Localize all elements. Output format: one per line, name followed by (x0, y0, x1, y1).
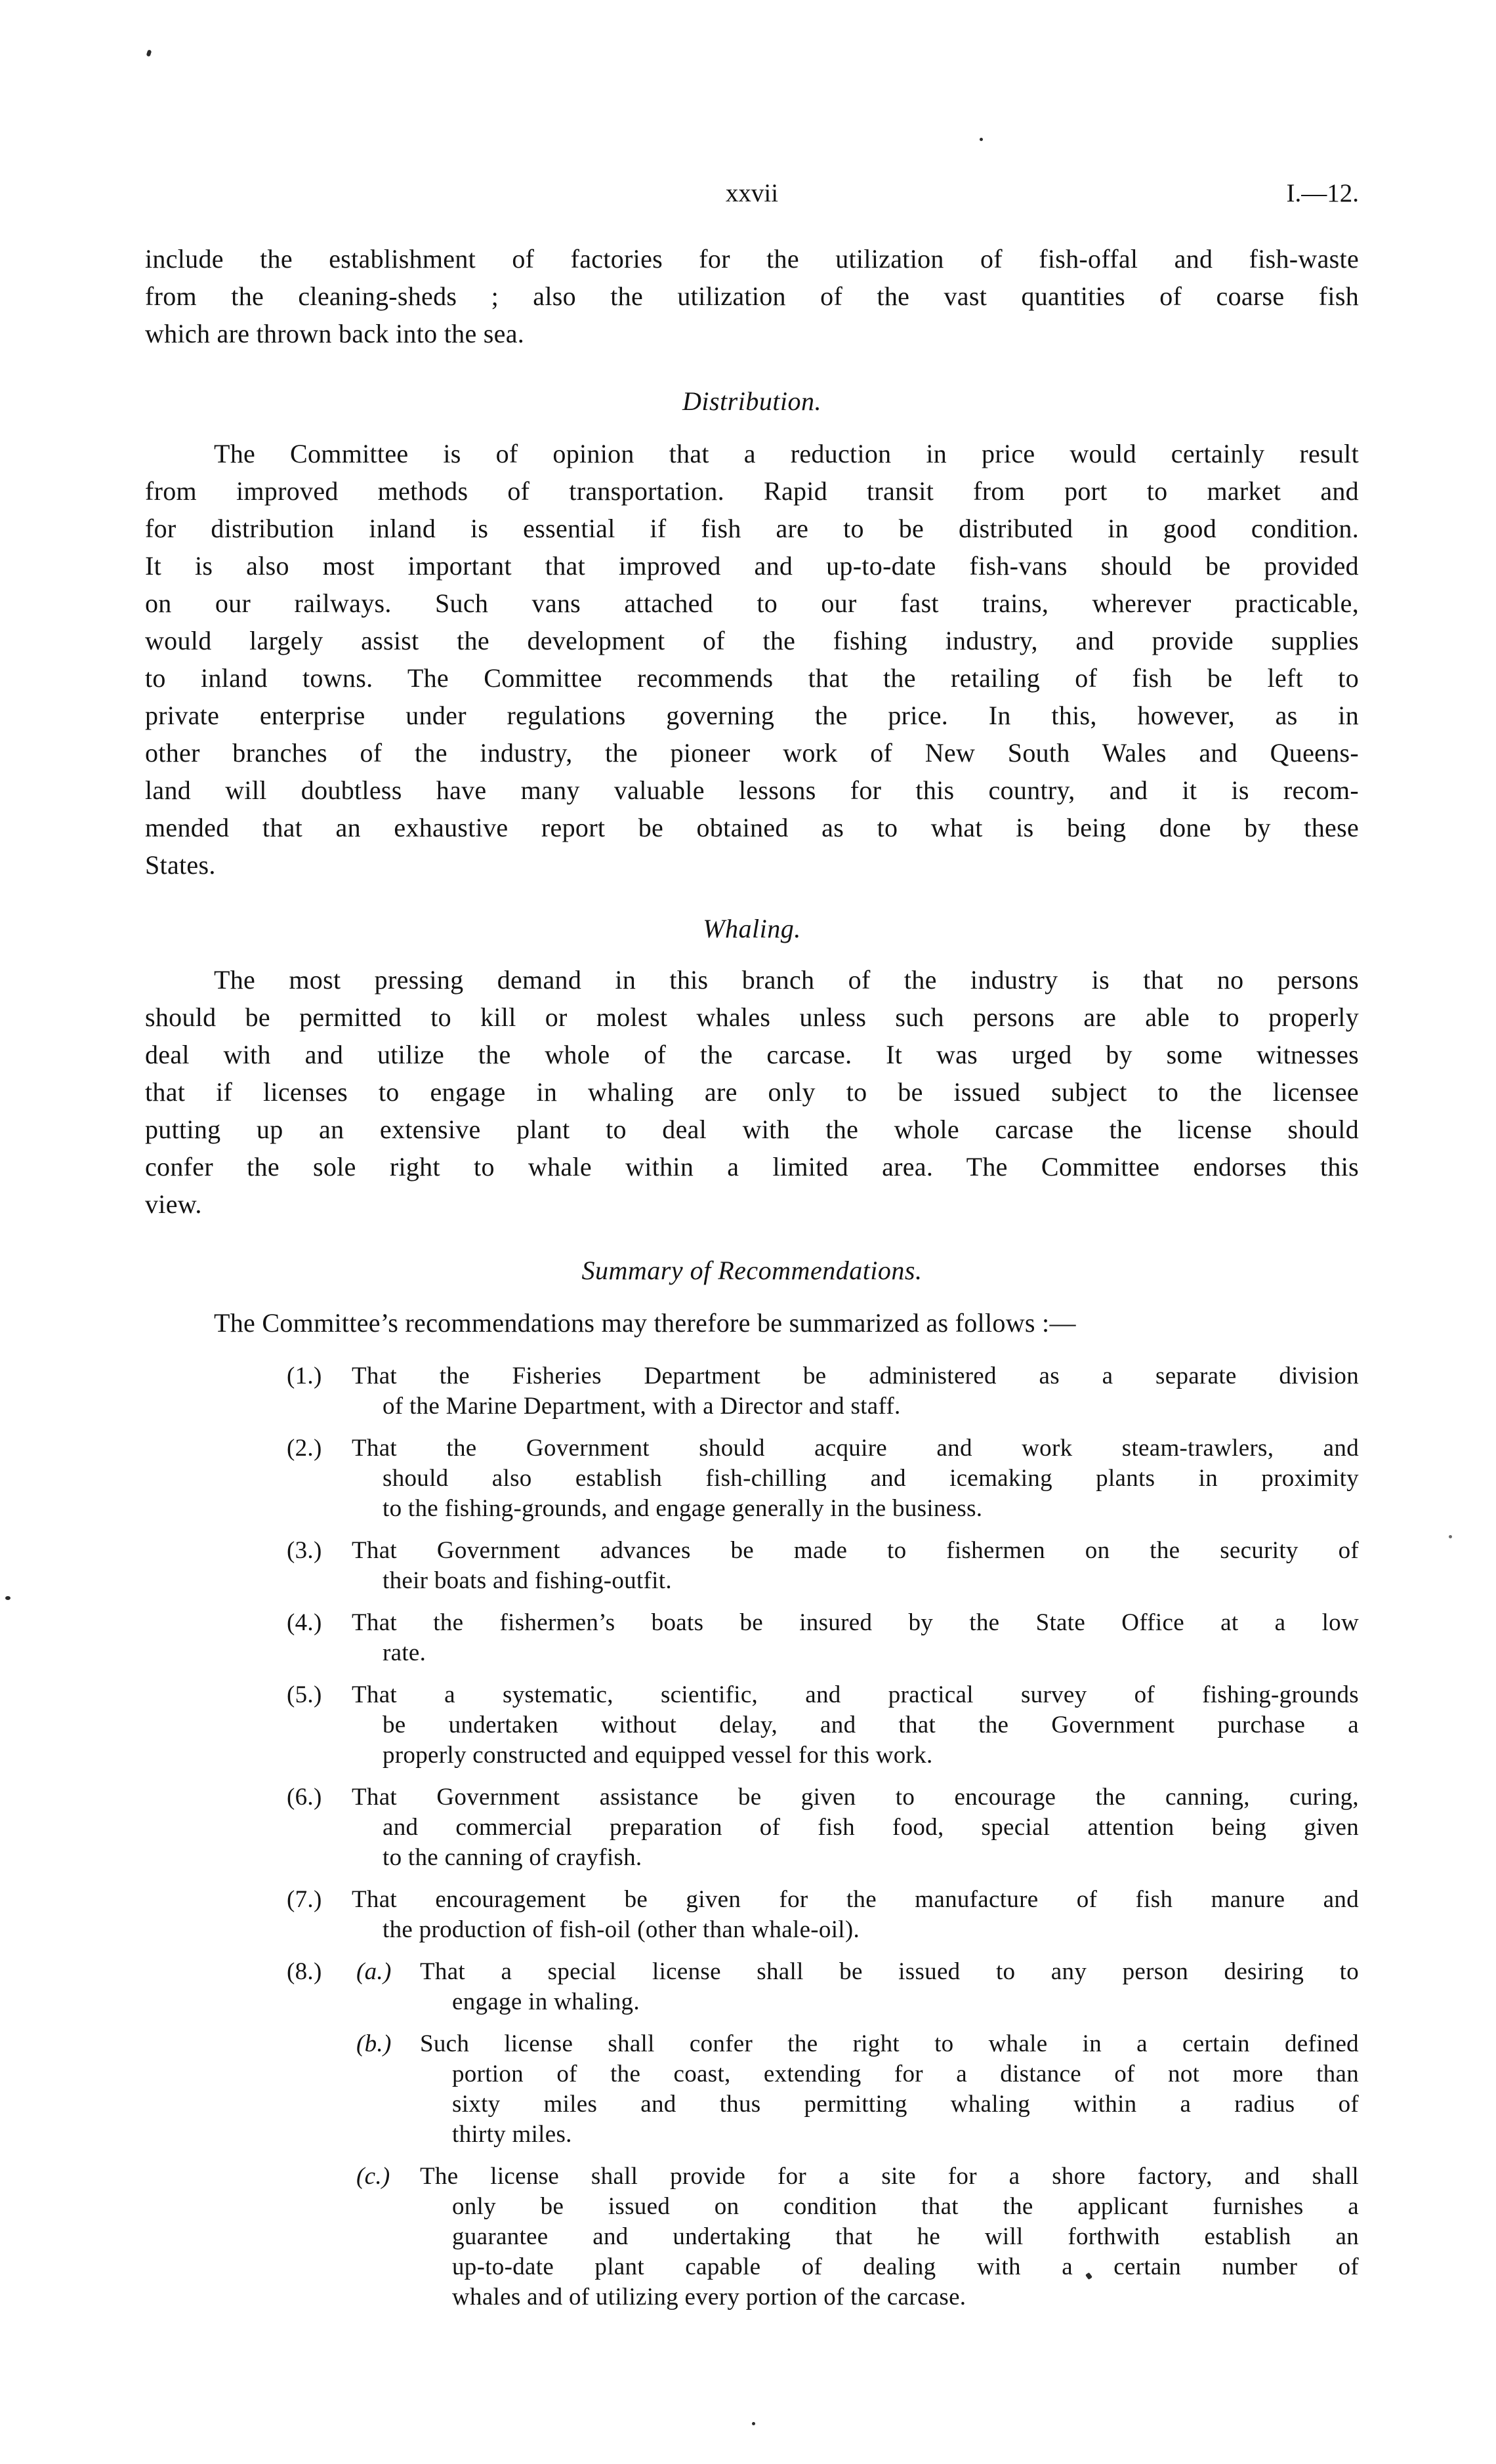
item-lines: That encouragement be given for the manu… (383, 1885, 1359, 1945)
item-lines: That the Government should acquire and w… (383, 1433, 1359, 1524)
item-submarker: (b.) (356, 2029, 392, 2059)
text-line: to the fishing-grounds, and engage gener… (383, 1494, 1359, 1524)
scan-speck (980, 138, 983, 141)
text-line: That encouragement be given for the manu… (352, 1885, 1359, 1915)
item-marker: (6.) (287, 1782, 322, 1813)
running-head: xxvii I.—12. (145, 178, 1359, 210)
paragraph-distribution: The Committee is of opinion that a reduc… (145, 435, 1359, 884)
text-line: should also establish fish-chilling and … (383, 1464, 1359, 1494)
text-line: It is also most important that improved … (145, 547, 1359, 585)
text-line: private enterprise under regulations gov… (145, 697, 1359, 734)
paragraph-summary-lead: The Committee’s recommendations may ther… (145, 1304, 1359, 1342)
text-line: That Government advances be made to fish… (352, 1536, 1359, 1566)
text-line: land will doubtless have many valuable l… (145, 771, 1359, 809)
text-line: properly constructed and equipped vessel… (383, 1740, 1359, 1771)
item-marker: (4.) (287, 1608, 322, 1638)
text-line: for distribution inland is essential if … (145, 510, 1359, 547)
recommendation-item: (8.)(a.)That a special license shall be … (145, 1957, 1359, 2017)
scan-speck (1449, 1535, 1452, 1538)
text-line: That the Fisheries Department be adminis… (352, 1361, 1359, 1391)
text-line: include the establishment of factories f… (145, 240, 1359, 277)
text-line: That Government assistance be given to e… (352, 1782, 1359, 1813)
text-line: engage in whaling. (452, 1987, 1359, 2017)
document-reference: I.—12. (1287, 178, 1360, 209)
heading-whaling: Whaling. (145, 911, 1359, 947)
text-line: thirty miles. (452, 2120, 1359, 2150)
text-line: The license shall provide for a site for… (420, 2162, 1359, 2192)
recommendation-item: (b.)Such license shall confer the right … (145, 2029, 1359, 2150)
text-line: That the fishermen’s boats be insured by… (352, 1608, 1359, 1638)
text-line: to inland towns. The Committee recommend… (145, 659, 1359, 697)
text-line: only be issued on condition that the app… (452, 2192, 1359, 2222)
scan-speck (752, 2422, 755, 2425)
text-line: portion of the coast, extending for a di… (452, 2059, 1359, 2089)
text-line: Such license shall confer the right to w… (420, 2029, 1359, 2059)
text-line: and commercial preparation of fish food,… (383, 1813, 1359, 1843)
text-line: rate. (383, 1638, 1359, 1668)
text-line: view. (145, 1185, 1359, 1223)
item-lines: That a systematic, scientific, and pract… (383, 1680, 1359, 1771)
text-line: That a systematic, scientific, and pract… (352, 1680, 1359, 1710)
text-line: the production of fish-oil (other than w… (383, 1915, 1359, 1945)
recommendations-list: (1.)That the Fisheries Department be adm… (145, 1361, 1359, 2312)
text-line: their boats and fishing-outfit. (383, 1566, 1359, 1596)
item-marker: (1.) (287, 1361, 322, 1391)
item-lines: The license shall provide for a site for… (452, 2162, 1359, 2312)
text-line: which are thrown back into the sea. (145, 315, 1359, 352)
text-line: from improved methods of transportation.… (145, 472, 1359, 510)
text-line: that if licenses to engage in whaling ar… (145, 1073, 1359, 1111)
recommendation-item: (1.)That the Fisheries Department be adm… (145, 1361, 1359, 1422)
item-lines: That the Fisheries Department be adminis… (383, 1361, 1359, 1422)
paragraph-whaling: The most pressing demand in this branch … (145, 961, 1359, 1223)
heading-summary-of-recommendations: Summary of Recommendations. (145, 1253, 1359, 1288)
recommendation-item: (3.)That Government advances be made to … (145, 1536, 1359, 1596)
recommendation-item: (4.)That the fishermen’s boats be insure… (145, 1608, 1359, 1668)
page-number: xxvii (145, 178, 1359, 209)
item-marker: (8.) (287, 1957, 322, 1987)
item-marker: (3.) (287, 1536, 322, 1566)
item-lines: That a special license shall be issued t… (452, 1957, 1359, 2017)
text-line: other branches of the industry, the pion… (145, 734, 1359, 771)
recommendation-item: (c.)The license shall provide for a site… (145, 2162, 1359, 2312)
paragraph-continuation: include the establishment of factories f… (145, 240, 1359, 352)
text-line: up-to-date plant capable of dealing with… (452, 2252, 1359, 2282)
text-line: States. (145, 846, 1359, 884)
item-lines: That the fishermen’s boats be insured by… (383, 1608, 1359, 1668)
text-line: mended that an exhaustive report be obta… (145, 809, 1359, 846)
item-lines: That Government assistance be given to e… (383, 1782, 1359, 1873)
recommendation-item: (2.)That the Government should acquire a… (145, 1433, 1359, 1524)
text-line: whales and of utilizing every portion of… (452, 2282, 1359, 2312)
recommendation-item: (7.)That encouragement be given for the … (145, 1885, 1359, 1945)
text-line: of the Marine Department, with a Directo… (383, 1391, 1359, 1422)
text-line: The Committee’s recommendations may ther… (145, 1304, 1359, 1342)
item-marker: (2.) (287, 1433, 322, 1464)
item-submarker: (c.) (356, 2162, 390, 2192)
text-line: from the cleaning-sheds ; also the utili… (145, 277, 1359, 315)
text-line: deal with and utilize the whole of the c… (145, 1036, 1359, 1073)
item-marker: (7.) (287, 1885, 322, 1915)
text-line: to the canning of crayfish. (383, 1843, 1359, 1873)
text-line: sixty miles and thus permitting whaling … (452, 2089, 1359, 2120)
item-submarker: (a.) (356, 1957, 392, 1987)
page-content: xxvii I.—12. include the establishment o… (145, 0, 1359, 2312)
text-line: The most pressing demand in this branch … (145, 961, 1359, 998)
text-line: The Committee is of opinion that a reduc… (145, 435, 1359, 472)
text-line: putting up an extensive plant to deal wi… (145, 1111, 1359, 1148)
item-lines: That Government advances be made to fish… (383, 1536, 1359, 1596)
text-line: confer the sole right to whale within a … (145, 1148, 1359, 1185)
recommendation-item: (6.)That Government assistance be given … (145, 1782, 1359, 1873)
text-line: would largely assist the development of … (145, 622, 1359, 659)
item-lines: Such license shall confer the right to w… (452, 2029, 1359, 2150)
recommendation-item: (5.)That a systematic, scientific, and p… (145, 1680, 1359, 1771)
text-line: That the Government should acquire and w… (352, 1433, 1359, 1464)
text-line: guarantee and undertaking that he will f… (452, 2222, 1359, 2252)
item-marker: (5.) (287, 1680, 322, 1710)
text-line: That a special license shall be issued t… (420, 1957, 1359, 1987)
heading-distribution: Distribution. (145, 384, 1359, 419)
text-line: be undertaken without delay, and that th… (383, 1710, 1359, 1740)
text-line: should be permitted to kill or molest wh… (145, 998, 1359, 1036)
text-line: on our railways. Such vans attached to o… (145, 585, 1359, 622)
scan-speck (5, 1596, 10, 1600)
